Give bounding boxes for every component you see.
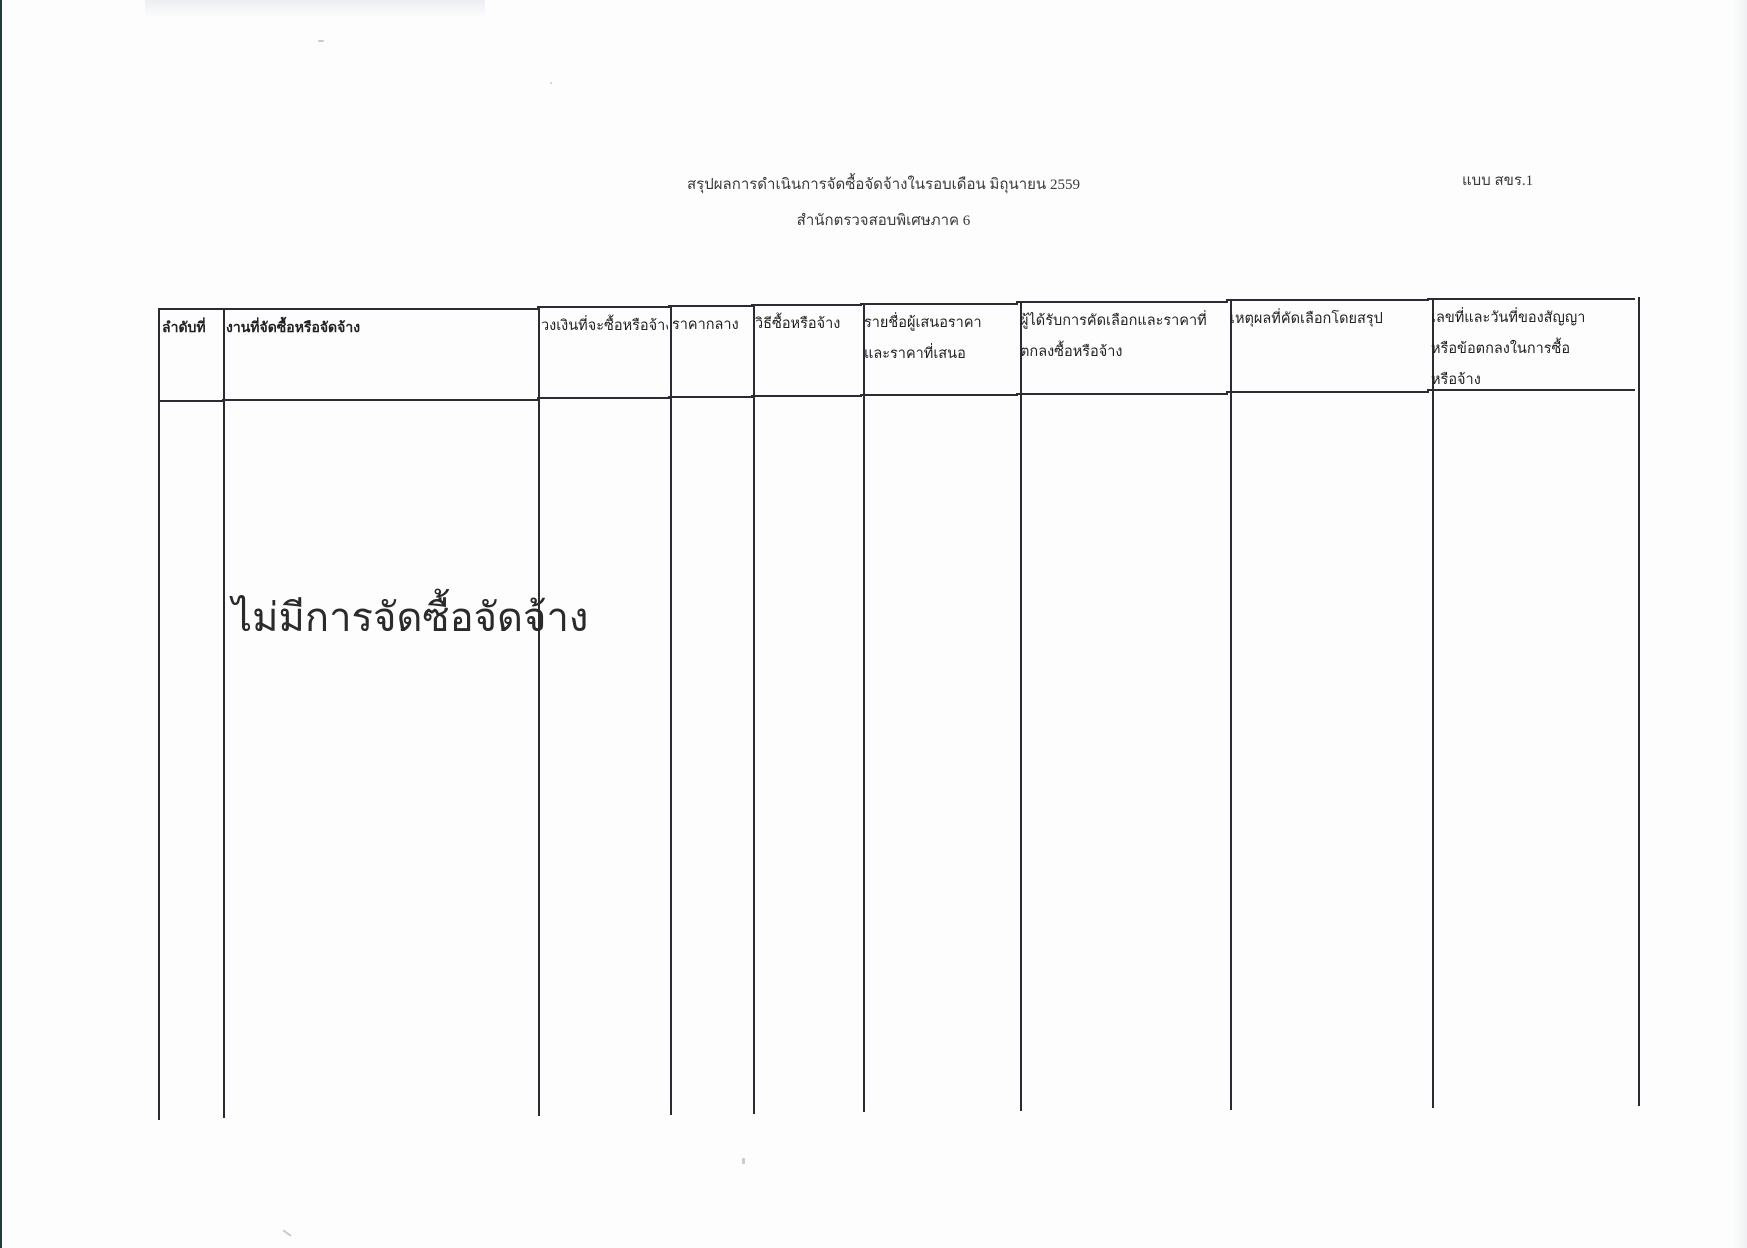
- column-header-method: วิธีซื้อหรือจ้าง: [755, 309, 860, 340]
- table-top-border: [537, 306, 670, 308]
- column-divider: [753, 304, 755, 1114]
- column-header-line: ลำดับที่: [162, 313, 222, 344]
- header-bottom-border: [158, 400, 224, 402]
- scan-speck: [550, 82, 552, 84]
- header-bottom-border: [1016, 393, 1228, 395]
- column-header-line: งานที่จัดซื้อหรือจัดจ้าง: [226, 313, 537, 344]
- scan-speck: [742, 1158, 745, 1164]
- column-divider: [863, 303, 865, 1112]
- column-divider: [1432, 298, 1434, 1108]
- column-divider: [670, 305, 672, 1115]
- column-divider: [1230, 299, 1232, 1110]
- column-header-line: ราคากลาง: [672, 310, 751, 341]
- column-header-line: หรือข้อตกลงในการซื้อ: [1431, 334, 1633, 365]
- header-bottom-border: [860, 394, 1018, 396]
- table-top-border: [158, 308, 224, 310]
- column-divider: [158, 308, 160, 1120]
- table-top-border: [1427, 298, 1635, 300]
- column-header-line: วงเงินที่จะซื้อหรือจ้าง: [541, 311, 668, 342]
- column-header-item: งานที่จัดซื้อหรือจัดจ้าง: [226, 313, 537, 344]
- column-header-order: ลำดับที่: [162, 313, 222, 344]
- header-bottom-border: [751, 395, 862, 397]
- table-top-border: [751, 304, 862, 306]
- column-header-line: หรือจ้าง: [1431, 365, 1633, 396]
- table-top-border: [1016, 301, 1228, 303]
- column-header-line: เหตุผลที่คัดเลือกโดยสรุป: [1230, 304, 1427, 335]
- column-header-line: และราคาที่เสนอ: [864, 339, 1016, 370]
- column-header-line: ผู้ได้รับการคัดเลือกและราคาที่: [1020, 306, 1226, 337]
- column-divider: [538, 306, 540, 1116]
- column-header-reason: เหตุผลที่คัดเลือกโดยสรุป: [1230, 304, 1427, 335]
- column-divider: [223, 308, 225, 1118]
- column-header-line: รายชื่อผู้เสนอราคา: [864, 308, 1016, 339]
- header-bottom-border: [537, 397, 670, 399]
- column-header-line: ตกลงซื้อหรือจ้าง: [1020, 337, 1226, 368]
- column-header-bidders: รายชื่อผู้เสนอราคาและราคาที่เสนอ: [864, 308, 1016, 370]
- table-top-border: [668, 305, 753, 307]
- table-top-border: [860, 303, 1018, 305]
- column-divider: [1638, 297, 1640, 1106]
- column-header-line: เลขที่และวันที่ของสัญญา: [1431, 303, 1633, 334]
- column-header-contract: เลขที่และวันที่ของสัญญาหรือข้อตกลงในการซ…: [1431, 303, 1633, 396]
- header-bottom-border: [1226, 391, 1429, 393]
- table-top-border: [1226, 299, 1429, 301]
- column-header-winner: ผู้ได้รับการคัดเลือกและราคาที่ตกลงซื้อหร…: [1020, 306, 1226, 368]
- column-header-budget: วงเงินที่จะซื้อหรือจ้าง: [541, 311, 668, 342]
- column-divider: [1020, 301, 1022, 1111]
- column-header-line: วิธีซื้อหรือจ้าง: [755, 309, 860, 340]
- table-top-border: [222, 308, 539, 310]
- scan-speck: [318, 40, 324, 42]
- empty-table-message: ไม่มีการจัดซื้อจัดจ้าง: [232, 585, 588, 649]
- column-header-median_price: ราคากลาง: [672, 310, 751, 341]
- header-bottom-border: [222, 399, 539, 401]
- header-bottom-border: [668, 396, 753, 398]
